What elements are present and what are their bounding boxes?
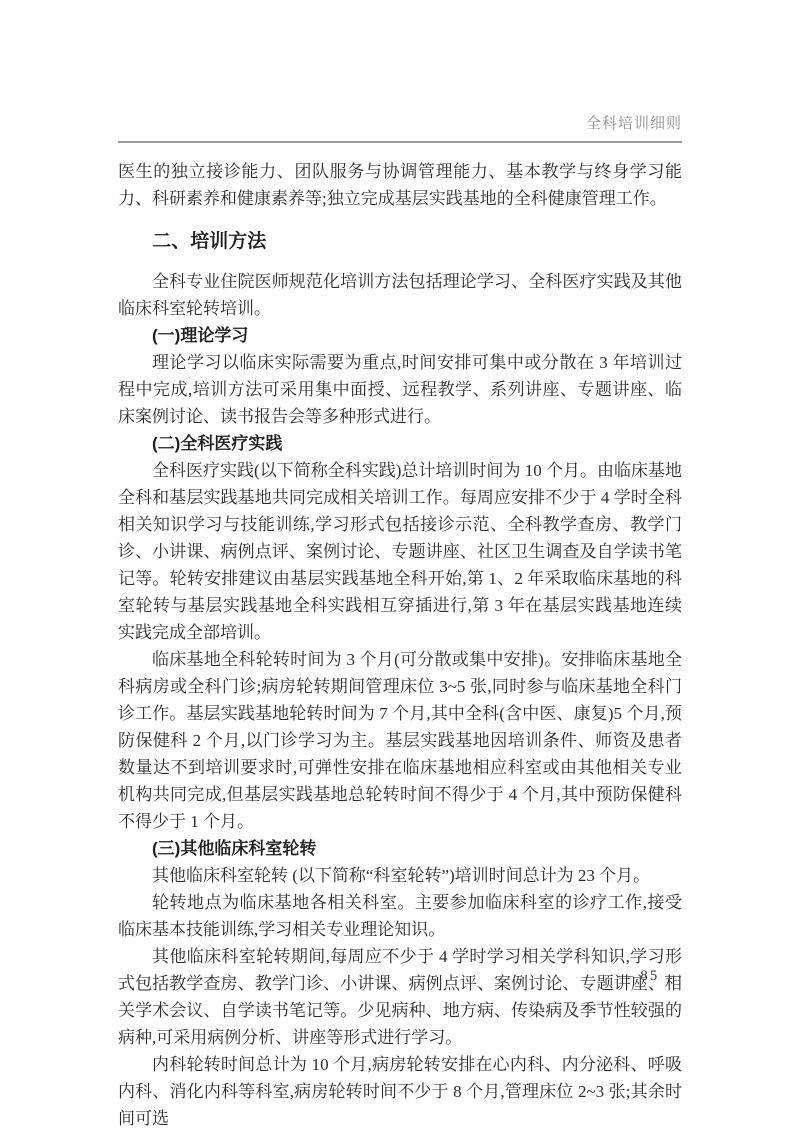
- paragraph-internal-medicine-rotation: 内科轮转时间总计为 10 个月,病房轮转安排在心内科、内分泌科、呼吸内科、消化内…: [118, 1051, 682, 1131]
- section-heading-training-methods: 二、培训方法: [118, 229, 682, 255]
- paragraph-intro-continuation: 医生的独立接诊能力、团队服务与协调管理能力、基本教学与终身学习能力、科研素养和健…: [118, 158, 682, 212]
- paragraph-other-rotation-1: 其他临床科室轮转 (以下简称“科室轮转”)培训时间总计为 23 个月。: [118, 862, 682, 889]
- page-number: — 85 —: [118, 968, 682, 985]
- running-header: 全科培训细则: [118, 112, 682, 143]
- sub-heading-other-clinical-rotation: (三)其他临床科室轮转: [118, 835, 682, 862]
- paragraph-general-practice-2: 临床基地全科轮转时间为 3 个月(可分散或集中安排)。安排临床基地全科病房或全科…: [118, 646, 682, 835]
- paragraph-general-practice-1: 全科医疗实践(以下简称全科实践)总计培训时间为 10 个月。由临床基地全科和基层…: [118, 457, 682, 646]
- paragraph-other-rotation-3: 其他临床科室轮转期间,每周应不少于 4 学时学习相关学科知识,学习形式包括教学查…: [118, 943, 682, 1051]
- paragraph-section-intro: 全科专业住院医师规范化培训方法包括理论学习、全科医疗实践及其他临床科室轮转培训。: [118, 268, 682, 322]
- paragraph-theory-study: 理论学习以临床实际需要为重点,时间安排可集中或分散在 3 年培训过程中完成,培训…: [118, 349, 682, 430]
- sub-heading-general-practice: (二)全科医疗实践: [118, 430, 682, 457]
- sub-heading-theory-study: (一)理论学习: [118, 322, 682, 349]
- document-page: 全科培训细则 医生的独立接诊能力、团队服务与协调管理能力、基本教学与终身学习能力…: [0, 0, 800, 1131]
- paragraph-other-rotation-2: 轮转地点为临床基地各相关科室。主要参加临床科室的诊疗工作,接受临床基本技能训练,…: [118, 889, 682, 943]
- document-body: 医生的独立接诊能力、团队服务与协调管理能力、基本教学与终身学习能力、科研素养和健…: [118, 158, 682, 1131]
